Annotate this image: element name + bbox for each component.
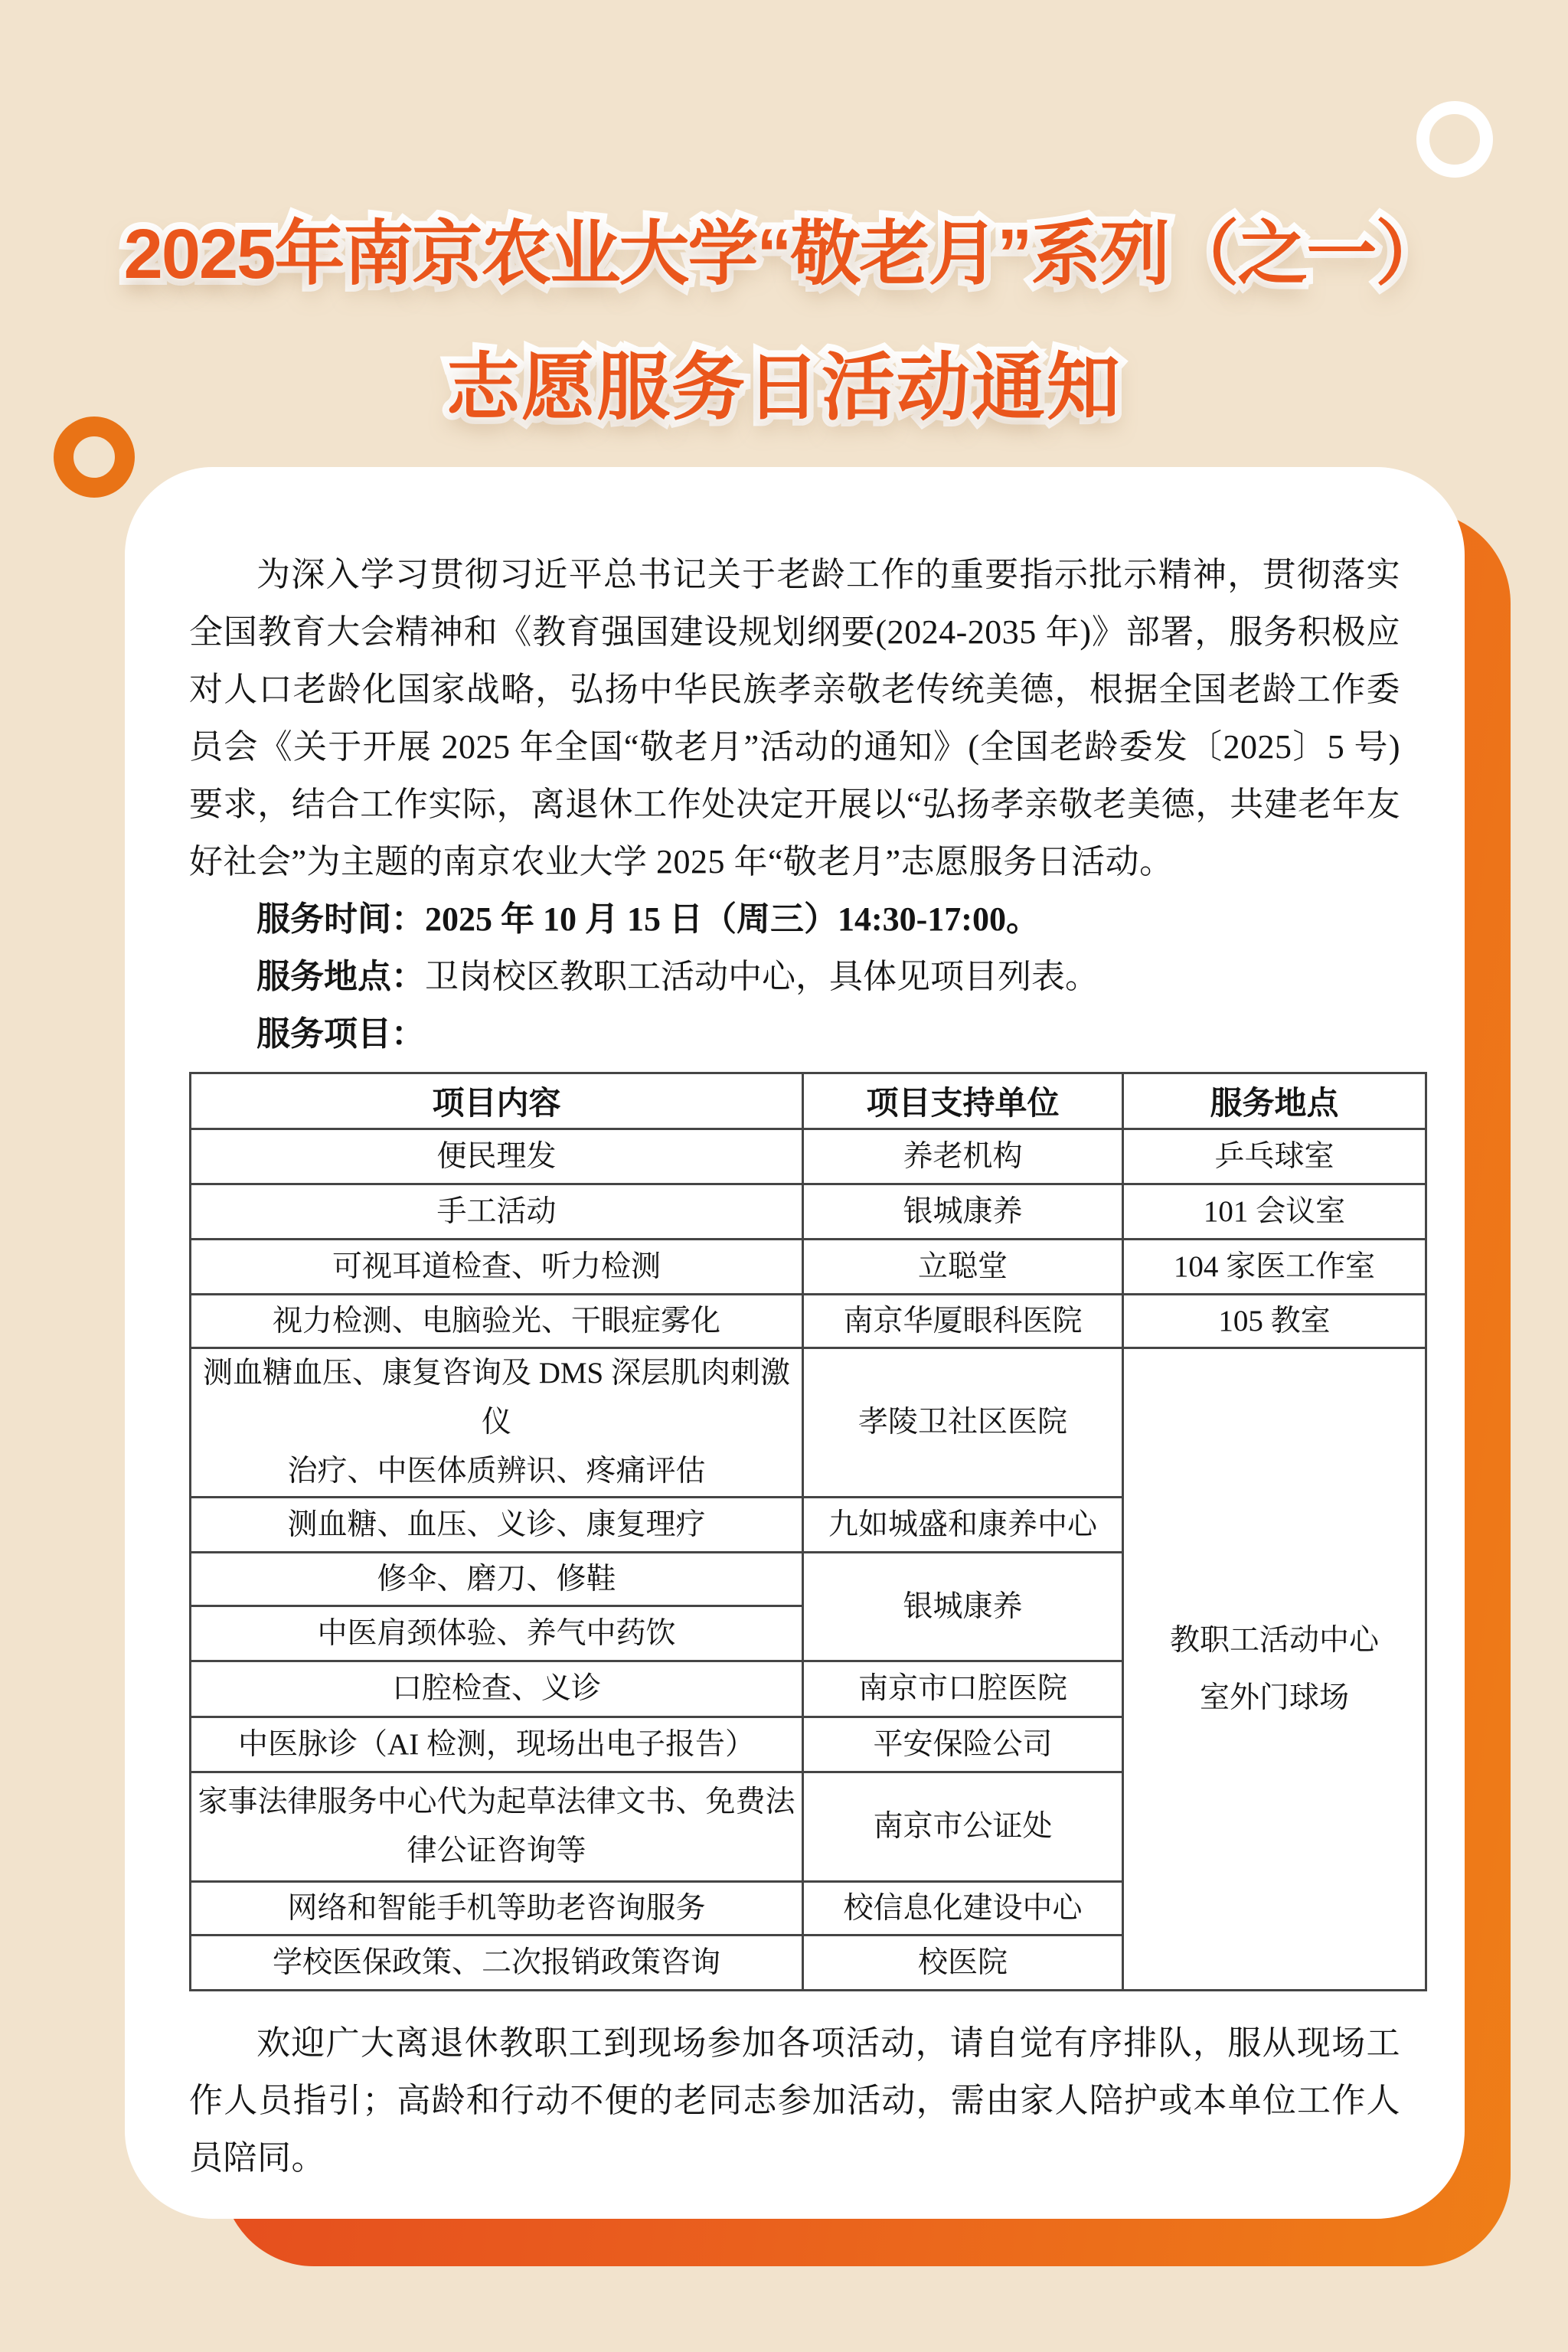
service-items-line: 服务项目： bbox=[189, 1005, 1400, 1063]
service-time-label: 服务时间： bbox=[256, 900, 425, 938]
table-cell: 测血糖、血压、义诊、康复理疗 bbox=[191, 1498, 803, 1553]
table-cell: 中医肩颈体验、养气中药饮 bbox=[191, 1606, 803, 1661]
table-cell: 校医院 bbox=[803, 1935, 1123, 1991]
intro-paragraph: 为深入学习贯彻习近平总书记关于老龄工作的重要指示批示精神，贯彻落实全国教育大会精… bbox=[189, 546, 1400, 890]
poster: 2025年南京农业大学“敬老月”系列（之一） 志愿服务日活动通知 为深入学习贯彻… bbox=[0, 0, 1568, 2352]
table-row: 测血糖血压、康复咨询及 DMS 深层肌肉刺激仪 治疗、中医体质辨识、疼痛评估孝陵… bbox=[191, 1348, 1426, 1498]
table-cell: 南京华厦眼科医院 bbox=[803, 1295, 1123, 1348]
table-cell: 修伞、磨刀、修鞋 bbox=[191, 1553, 803, 1606]
table-cell: 测血糖血压、康复咨询及 DMS 深层肌肉刺激仪 治疗、中医体质辨识、疼痛评估 bbox=[191, 1348, 803, 1498]
ring-icon bbox=[1416, 101, 1493, 178]
table-cell: 101 会议室 bbox=[1123, 1184, 1426, 1240]
service-place-value: 卫岗校区教职工活动中心，具体见项目列表。 bbox=[425, 958, 1099, 995]
table-cell: 乒乓球室 bbox=[1123, 1129, 1426, 1184]
header-service-location: 服务地点 bbox=[1123, 1073, 1426, 1129]
header-project-content: 项目内容 bbox=[191, 1073, 803, 1129]
table-cell: 口腔检查、义诊 bbox=[191, 1661, 803, 1717]
table-cell: 养老机构 bbox=[803, 1129, 1123, 1184]
table-header-row: 项目内容 项目支持单位 服务地点 bbox=[191, 1073, 1426, 1129]
table-row: 视力检测、电脑验光、干眼症雾化南京华厦眼科医院105 教室 bbox=[191, 1295, 1426, 1348]
table-cell: 平安保险公司 bbox=[803, 1717, 1123, 1772]
table-body: 便民理发养老机构乒乓球室手工活动银城康养101 会议室可视耳道检查、听力检测立聪… bbox=[191, 1129, 1426, 1991]
page-title-line1: 2025年南京农业大学“敬老月”系列（之一） bbox=[0, 198, 1568, 299]
table-cell: 105 教室 bbox=[1123, 1295, 1426, 1348]
service-time-line: 服务时间：2025 年 10 月 15 日（周三）14:30-17:00。 bbox=[189, 890, 1400, 948]
table-cell: 可视耳道检查、听力检测 bbox=[191, 1240, 803, 1295]
service-items-label: 服务项目： bbox=[256, 1015, 425, 1053]
table-cell: 104 家医工作室 bbox=[1123, 1240, 1426, 1295]
notice-content: 为深入学习贯彻习近平总书记关于老龄工作的重要指示批示精神，贯彻落实全国教育大会精… bbox=[189, 467, 1400, 2187]
service-time-value: 2025 年 10 月 15 日（周三）14:30-17:00。 bbox=[425, 900, 1040, 938]
table-cell: 南京市口腔医院 bbox=[803, 1661, 1123, 1717]
table-cell: 立聪堂 bbox=[803, 1240, 1123, 1295]
table-cell: 校信息化建设中心 bbox=[803, 1882, 1123, 1935]
table-cell: 家事法律服务中心代为起草法律文书、免费法 律公证咨询等 bbox=[191, 1772, 803, 1882]
table-row: 便民理发养老机构乒乓球室 bbox=[191, 1129, 1426, 1184]
table-cell: 视力检测、电脑验光、干眼症雾化 bbox=[191, 1295, 803, 1348]
table-cell: 中医脉诊（AI 检测，现场出电子报告） bbox=[191, 1717, 803, 1772]
service-table: 项目内容 项目支持单位 服务地点 便民理发养老机构乒乓球室手工活动银城康养101… bbox=[189, 1072, 1427, 1991]
table-cell: 九如城盛和康养中心 bbox=[803, 1498, 1123, 1553]
notice-card: 为深入学习贯彻习近平总书记关于老龄工作的重要指示批示精神，贯彻落实全国教育大会精… bbox=[125, 467, 1465, 2219]
closing-paragraph: 欢迎广大离退休教职工到现场参加各项活动，请自觉有序排队，服从现场工作人员指引；高… bbox=[189, 2014, 1400, 2187]
table-cell: 教职工活动中心 室外门球场 bbox=[1123, 1348, 1426, 1991]
header-support-unit: 项目支持单位 bbox=[803, 1073, 1123, 1129]
table-cell: 手工活动 bbox=[191, 1184, 803, 1240]
table-cell: 孝陵卫社区医院 bbox=[803, 1348, 1123, 1498]
table-cell: 南京市公证处 bbox=[803, 1772, 1123, 1882]
table-row: 手工活动银城康养101 会议室 bbox=[191, 1184, 1426, 1240]
service-place-line: 服务地点：卫岗校区教职工活动中心，具体见项目列表。 bbox=[189, 948, 1400, 1005]
table-cell: 网络和智能手机等助老咨询服务 bbox=[191, 1882, 803, 1935]
page-title-line2: 志愿服务日活动通知 bbox=[0, 329, 1568, 434]
table-row: 可视耳道检查、听力检测立聪堂104 家医工作室 bbox=[191, 1240, 1426, 1295]
service-place-label: 服务地点： bbox=[256, 958, 425, 995]
table-cell: 银城康养 bbox=[803, 1184, 1123, 1240]
table-cell: 便民理发 bbox=[191, 1129, 803, 1184]
table-cell: 银城康养 bbox=[803, 1553, 1123, 1661]
table-cell: 学校医保政策、二次报销政策咨询 bbox=[191, 1935, 803, 1991]
